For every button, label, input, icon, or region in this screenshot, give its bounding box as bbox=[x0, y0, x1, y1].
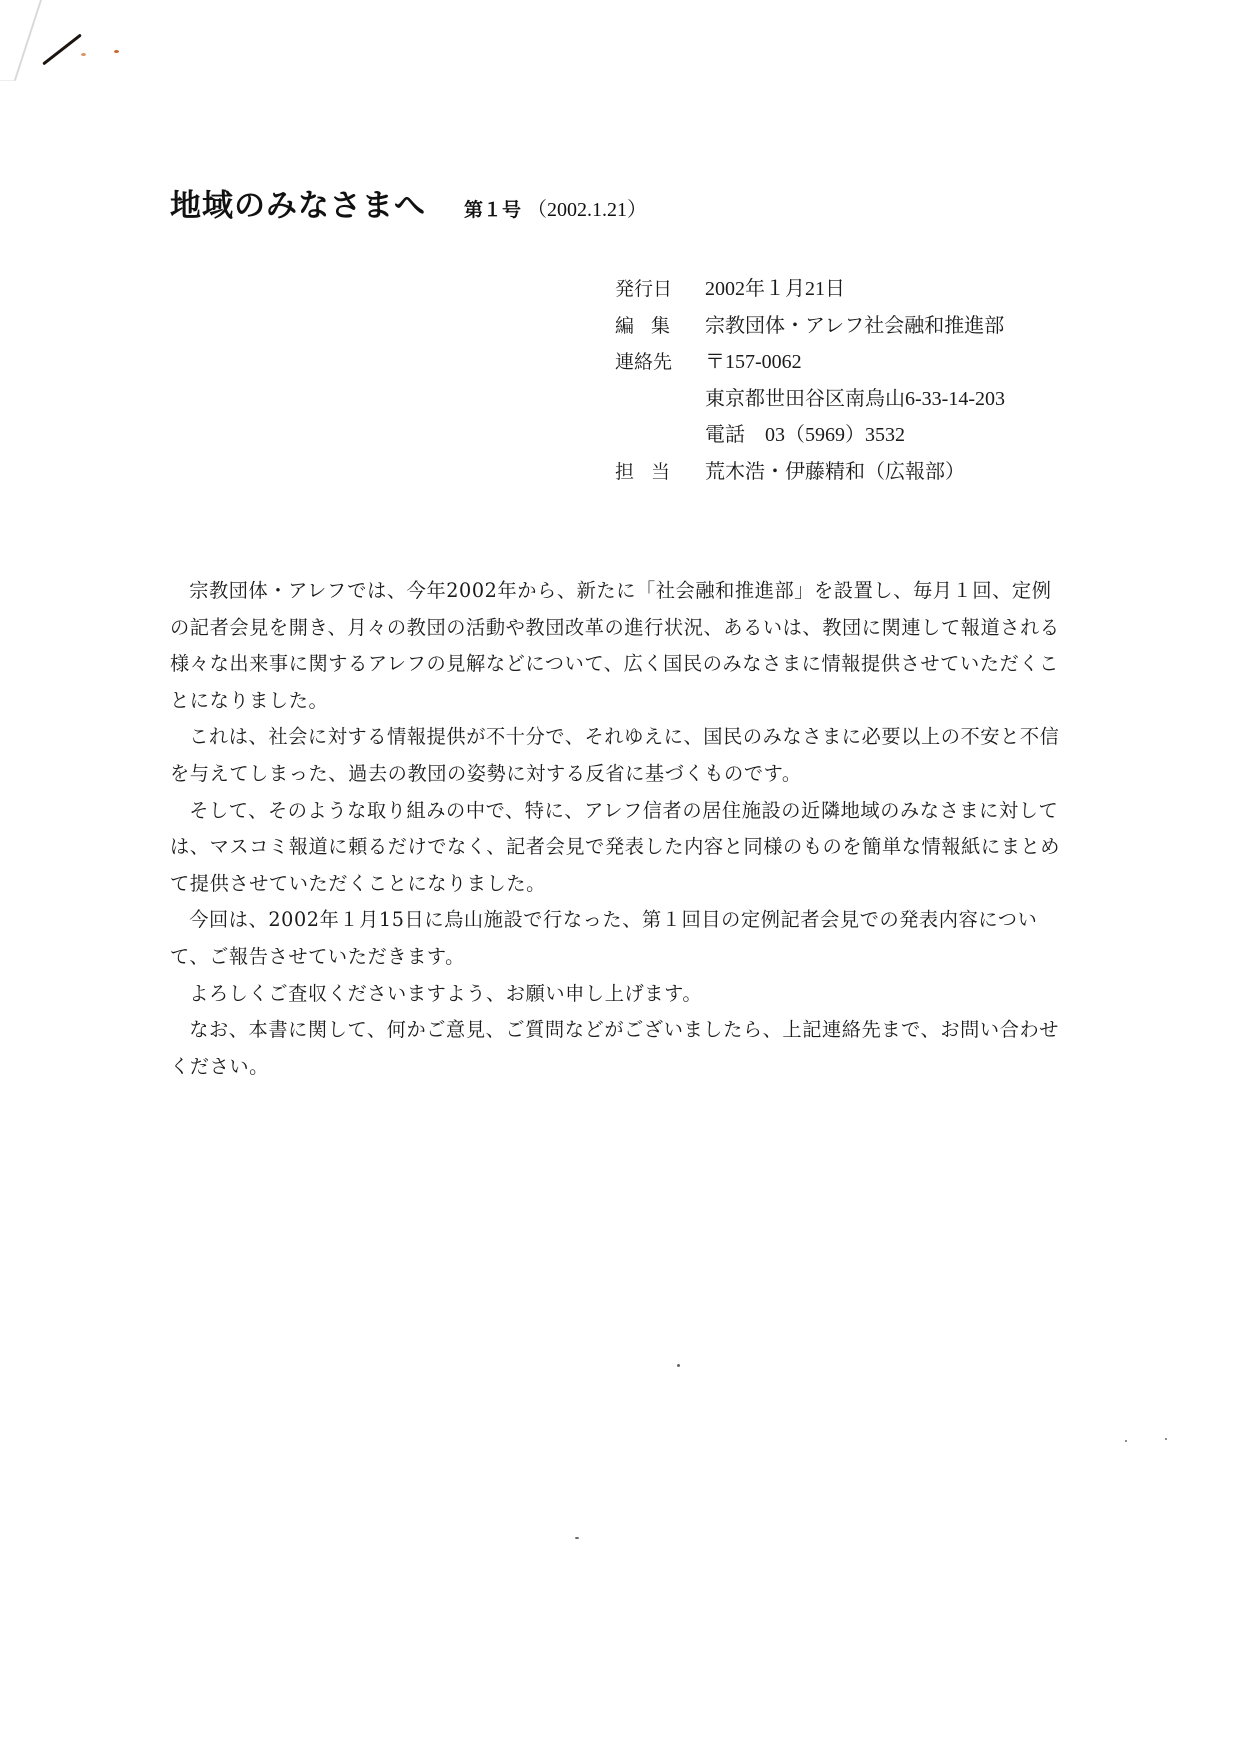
stain-mark bbox=[114, 50, 119, 53]
scan-speck bbox=[1125, 1440, 1127, 1442]
meta-value: 2002年１月21日 bbox=[705, 271, 845, 308]
meta-label: 発行日 bbox=[615, 271, 705, 308]
pen-mark bbox=[42, 34, 82, 66]
meta-row-editor: 編集 宗教団体・アレフ社会融和推進部 bbox=[615, 308, 1005, 345]
publication-info: 発行日 2002年１月21日 編集 宗教団体・アレフ社会融和推進部 連絡先 〒1… bbox=[615, 271, 1005, 490]
header: 地域のみなさまへ 第１号 （2002.1.21） bbox=[170, 180, 647, 225]
meta-value: 荒木浩・伊藤精和（広報部） bbox=[705, 454, 965, 491]
scan-page-edge bbox=[0, 0, 42, 81]
meta-label: 連絡先 bbox=[615, 344, 705, 381]
meta-value: 東京都世田谷区南烏山6-33-14-203 bbox=[705, 381, 1005, 418]
page-title: 地域のみなさまへ bbox=[170, 180, 426, 225]
meta-label bbox=[615, 381, 705, 418]
stain-mark bbox=[81, 53, 86, 56]
meta-row-person-in-charge: 担当 荒木浩・伊藤精和（広報部） bbox=[615, 454, 1005, 491]
meta-label: 編集 bbox=[615, 308, 705, 345]
meta-value: 〒157-0062 bbox=[705, 344, 802, 381]
body-text: 宗教団体・アレフでは、今年2002年から、新たに「社会融和推進部」を設置し、毎月… bbox=[170, 573, 1070, 1085]
scan-speck bbox=[677, 1364, 680, 1367]
paragraph: これは、社会に対する情報提供が不十分で、それゆえに、国民のみなさまに必要以上の不… bbox=[170, 719, 1070, 792]
meta-row-address: 東京都世田谷区南烏山6-33-14-203 bbox=[615, 381, 1005, 418]
scan-speck bbox=[575, 1537, 579, 1539]
paragraph: 宗教団体・アレフでは、今年2002年から、新たに「社会融和推進部」を設置し、毎月… bbox=[170, 573, 1070, 719]
meta-row-issue-date: 発行日 2002年１月21日 bbox=[615, 271, 1005, 308]
meta-label: 担当 bbox=[615, 454, 705, 491]
paragraph: よろしくご査収くださいますよう、お願い申し上げます。 bbox=[170, 976, 1070, 1013]
meta-value: 宗教団体・アレフ社会融和推進部 bbox=[705, 308, 1004, 345]
scan-speck bbox=[1165, 1438, 1167, 1440]
meta-row-contact: 連絡先 〒157-0062 bbox=[615, 344, 1005, 381]
issue-number: 第１号 bbox=[464, 195, 521, 222]
meta-label bbox=[615, 417, 705, 454]
paragraph: そして、そのような取り組みの中で、特に、アレフ信者の居住施設の近隣地域のみなさま… bbox=[170, 793, 1070, 903]
paragraph: なお、本書に関して、何かご意見、ご質問などがございましたら、上記連絡先まで、お問… bbox=[170, 1012, 1070, 1085]
meta-row-phone: 電話 03（5969）3532 bbox=[615, 417, 1005, 454]
meta-value: 電話 03（5969）3532 bbox=[705, 417, 905, 454]
paragraph: 今回は、2002年１月15日に烏山施設で行なった、第１回目の定例記者会見での発表… bbox=[170, 902, 1070, 975]
issue-date: （2002.1.21） bbox=[527, 193, 647, 222]
